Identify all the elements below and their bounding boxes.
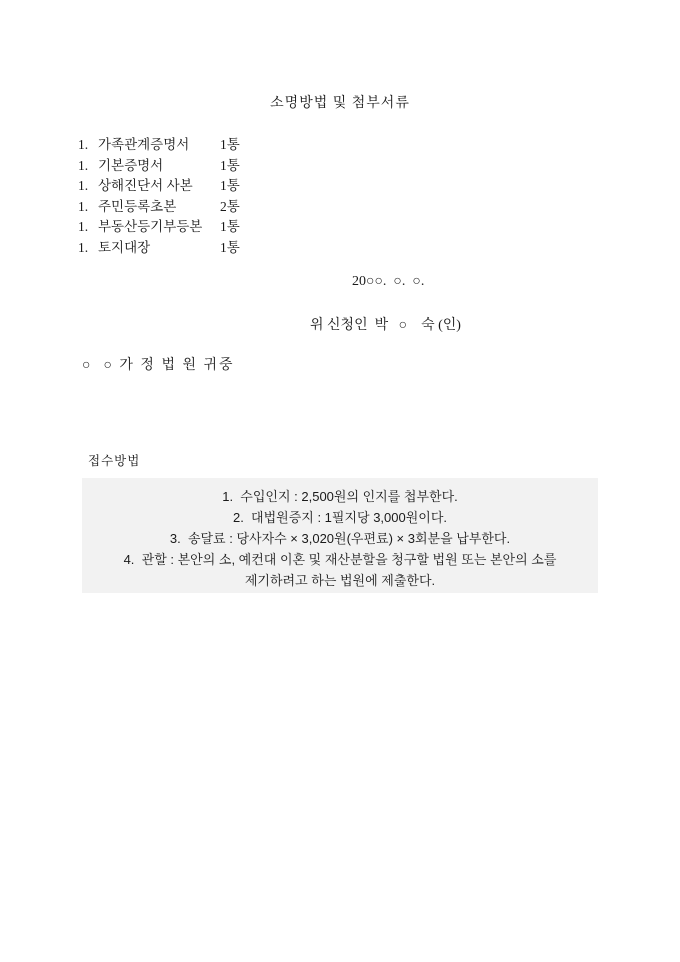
reception-method-box: 1. 수입인지 : 2,500원의 인지를 첩부한다. 2. 대법원증지 : 1… [82,478,598,593]
reception-line: 3. 송달료 : 당사자수 × 3,020원(우편료) × 3회분을 납부한다. [82,528,598,549]
attachment-number: 1. [78,197,98,218]
attachment-name: 토지대장 [98,238,220,259]
document-title: 소명방법 및 첨부서류 [0,92,680,112]
attachment-name: 부동산등기부등본 [98,217,220,238]
attachment-row: 1. 기본증명서 1통 [78,156,260,177]
attachment-name: 상해진단서 사본 [98,176,220,197]
attachment-row: 1. 부동산등기부등본 1통 [78,217,260,238]
court-line: ○ ○ 가 정 법 원 귀중 [82,354,235,374]
attachment-count: 1통 [220,135,260,156]
reception-line: 1. 수입인지 : 2,500원의 인지를 첩부한다. [82,486,598,507]
attachment-count: 2통 [220,197,260,218]
attachment-number: 1. [78,135,98,156]
attachment-count: 1통 [220,217,260,238]
attachment-count: 1통 [220,176,260,197]
attachment-count: 1통 [220,156,260,177]
attachment-row: 1. 상해진단서 사본 1통 [78,176,260,197]
attachment-number: 1. [78,217,98,238]
reception-method-label: 접수방법 [88,451,140,469]
document-page: 소명방법 및 첨부서류 1. 가족관계증명서 1통 1. 기본증명서 1통 1.… [0,0,680,962]
attachment-number: 1. [78,156,98,177]
attachment-number: 1. [78,176,98,197]
attachment-name: 기본증명서 [98,156,220,177]
reception-line: 2. 대법원증지 : 1필지당 3,000원이다. [82,507,598,528]
signature-line: 위 신청인 박 ○ 숙 (인) [310,314,461,334]
attachment-name: 가족관계증명서 [98,135,220,156]
attachment-list: 1. 가족관계증명서 1통 1. 기본증명서 1통 1. 상해진단서 사본 1통… [78,135,260,258]
attachment-count: 1통 [220,238,260,259]
attachment-row: 1. 주민등록초본 2통 [78,197,260,218]
reception-line: 4. 관할 : 본안의 소, 예컨대 이혼 및 재산분할을 청구할 법원 또는 … [82,549,598,570]
attachment-row: 1. 토지대장 1통 [78,238,260,259]
attachment-row: 1. 가족관계증명서 1통 [78,135,260,156]
attachment-number: 1. [78,238,98,259]
attachment-name: 주민등록초본 [98,197,220,218]
date-line: 20○○. ○. ○. [352,274,424,290]
reception-line: 제기하려고 하는 법원에 제출한다. [82,570,598,591]
